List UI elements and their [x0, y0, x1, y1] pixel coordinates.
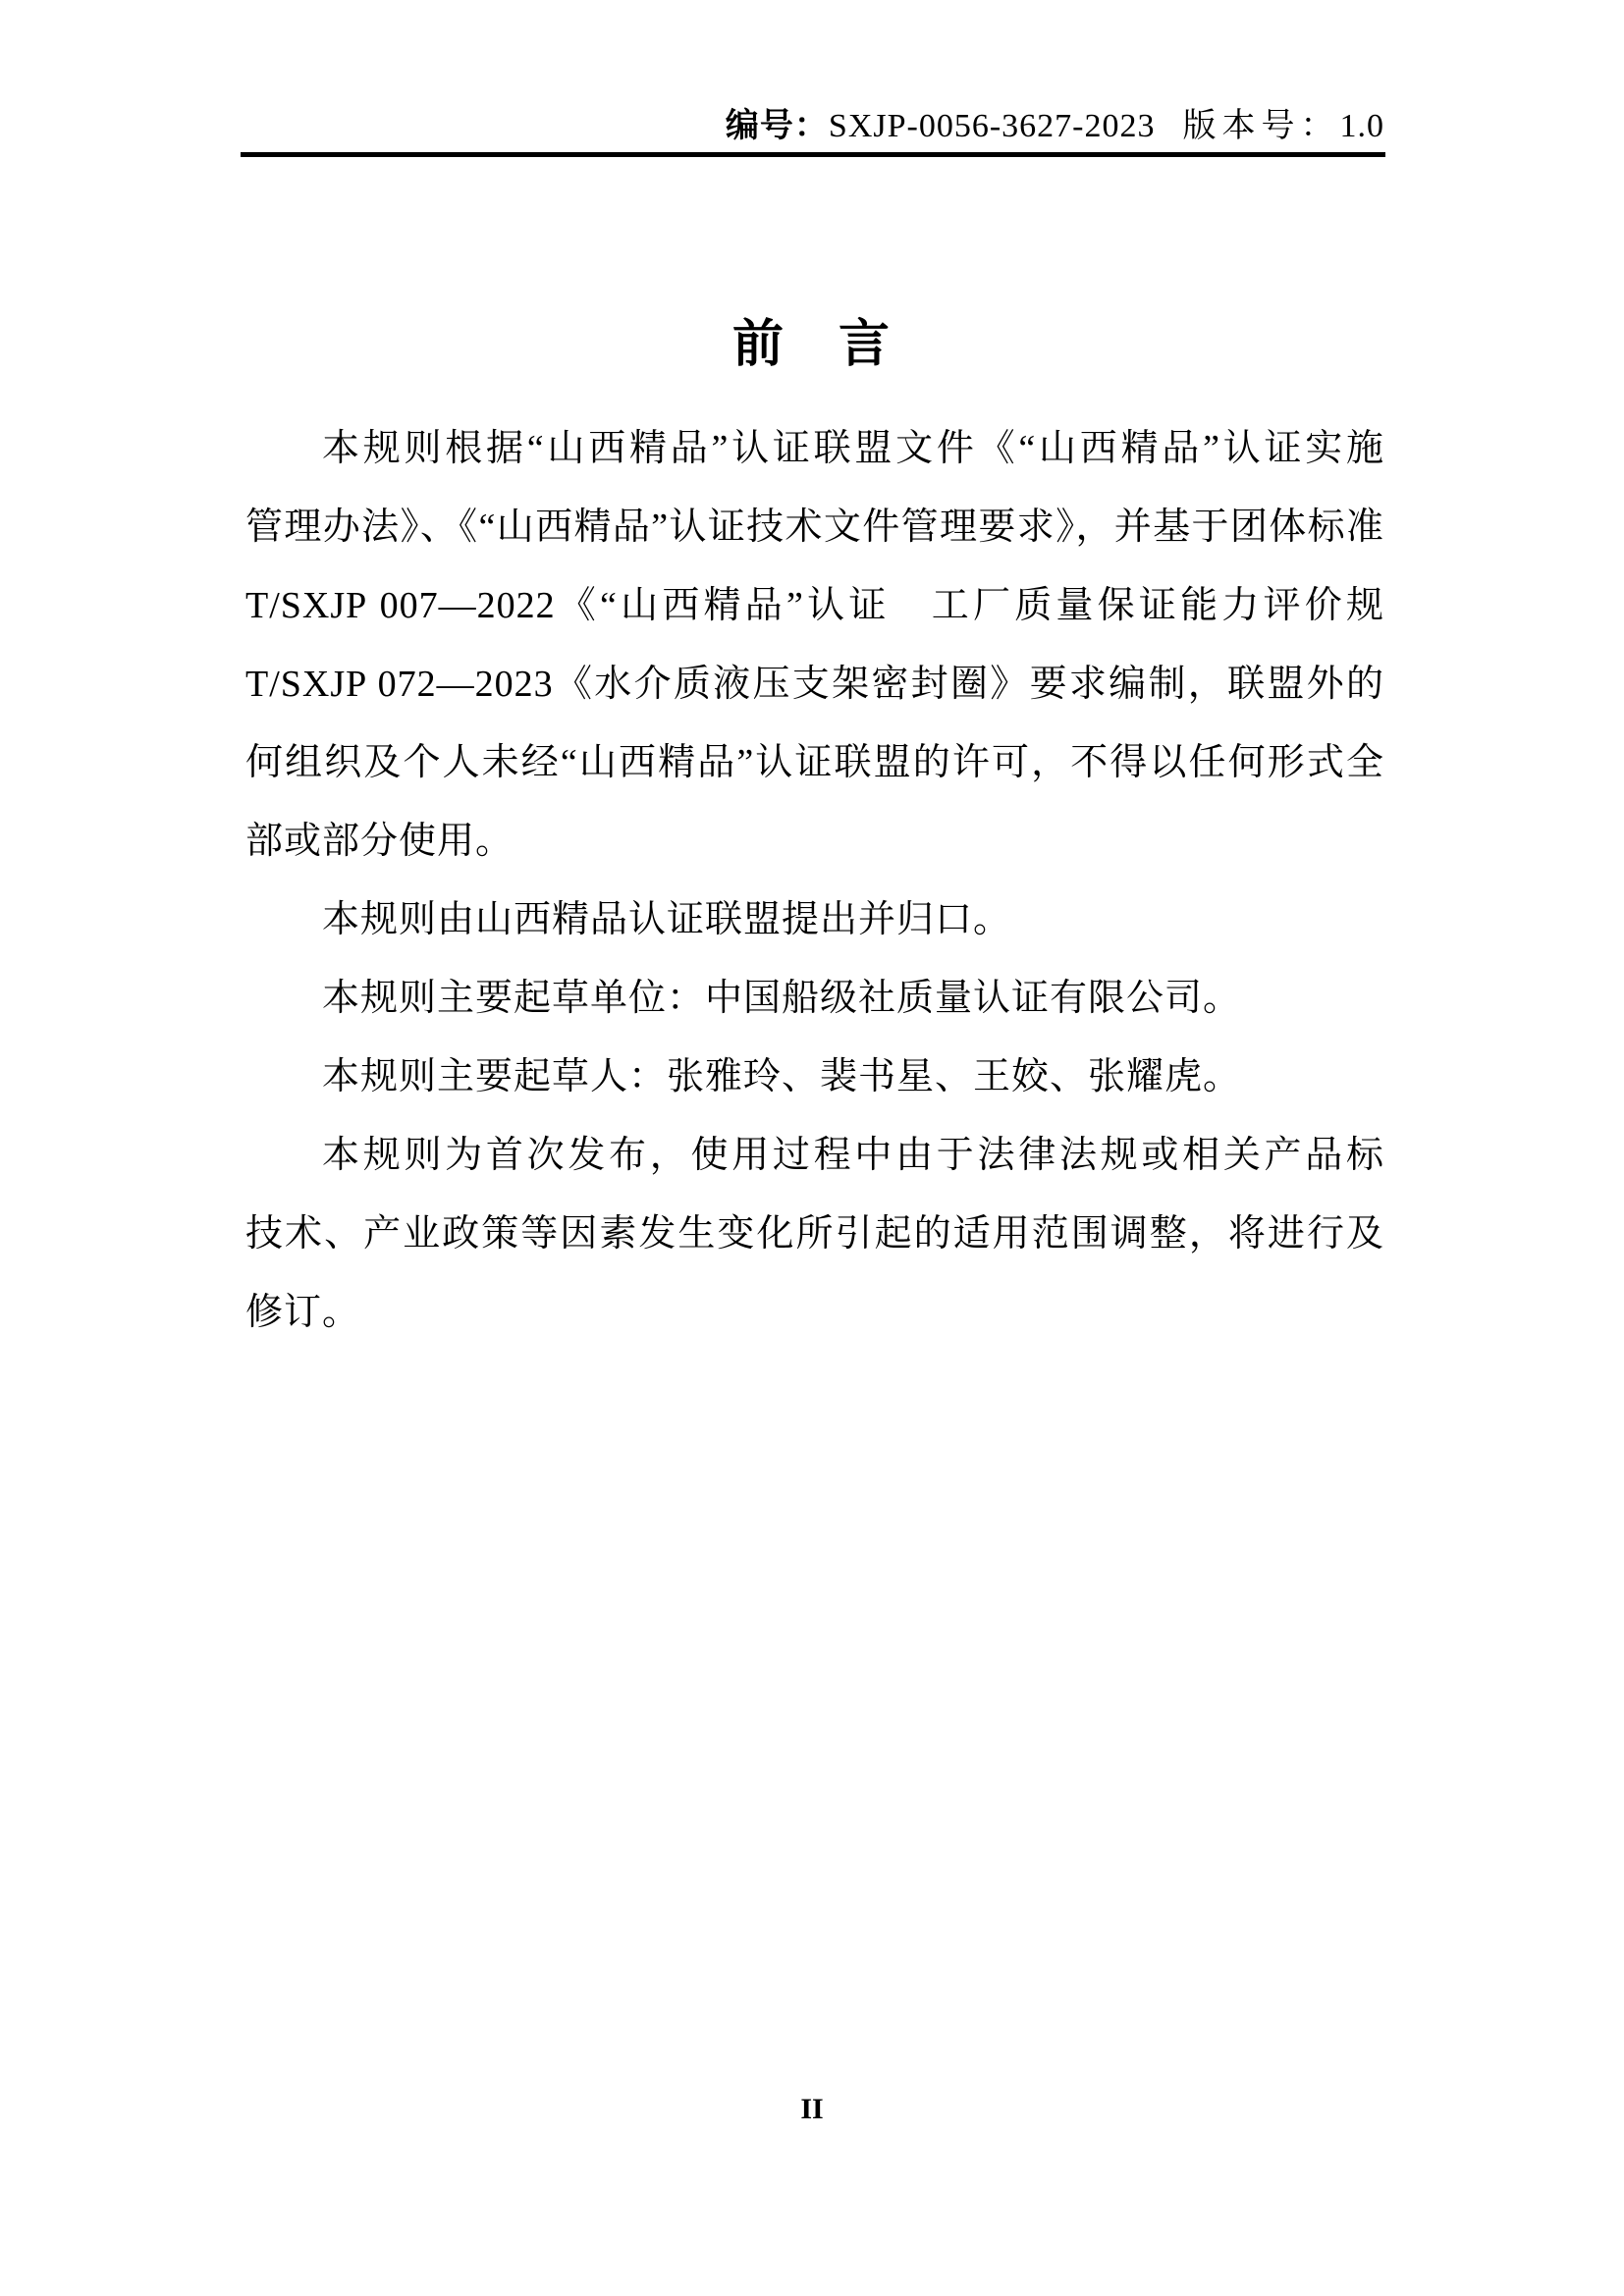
header-rule-line: [241, 152, 1385, 157]
text-line: 本规则主要起草人：张雅玲、裴书星、王姣、张耀虎。: [245, 1038, 1384, 1116]
text-line: 部或部分使用。: [245, 802, 1384, 881]
text-line: 本规则为首次发布，使用过程中由于法律法规或相关产品标准、: [245, 1116, 1384, 1195]
page-number: II: [0, 2093, 1624, 2126]
page-header: 编号：SXJP-0056-3627-2023版本号：1.0: [726, 106, 1384, 146]
version-value: 1.0: [1340, 108, 1385, 144]
text-line: T/SXJP 007—2022《“山西精品”认证 工厂质量保证能力评价规则》、: [245, 566, 1384, 645]
text-line: 修订。: [245, 1273, 1384, 1352]
text-line: 本规则根据“山西精品”认证联盟文件《“山西精品”认证实施: [245, 409, 1384, 488]
page-title: 前 言: [243, 302, 1381, 376]
text-line: 本规则由山西精品认证联盟提出并归口。: [245, 881, 1384, 959]
text-line: 技术、产业政策等因素发生变化所引起的适用范围调整，将进行及时: [245, 1195, 1384, 1273]
doc-number-label: 编号：: [726, 107, 829, 144]
doc-number-value: SXJP-0056-3627-2023: [829, 108, 1156, 144]
document-page: 编号：SXJP-0056-3627-2023版本号：1.0 前 言 本规则根据“…: [0, 0, 1624, 2296]
text-line: 何组织及个人未经“山西精品”认证联盟的许可，不得以任何形式全: [245, 723, 1384, 802]
body-text: 本规则根据“山西精品”认证联盟文件《“山西精品”认证实施 管理办法》、《“山西精…: [245, 409, 1384, 1352]
text-line: 管理办法》、《“山西精品”认证技术文件管理要求》，并基于团体标准: [245, 488, 1384, 566]
version-label: 版本号：: [1183, 108, 1340, 144]
text-line: 本规则主要起草单位：中国船级社质量认证有限公司。: [245, 959, 1384, 1038]
text-line: T/SXJP 072—2023《水介质液压支架密封圈》要求编制，联盟外的任: [245, 645, 1384, 723]
